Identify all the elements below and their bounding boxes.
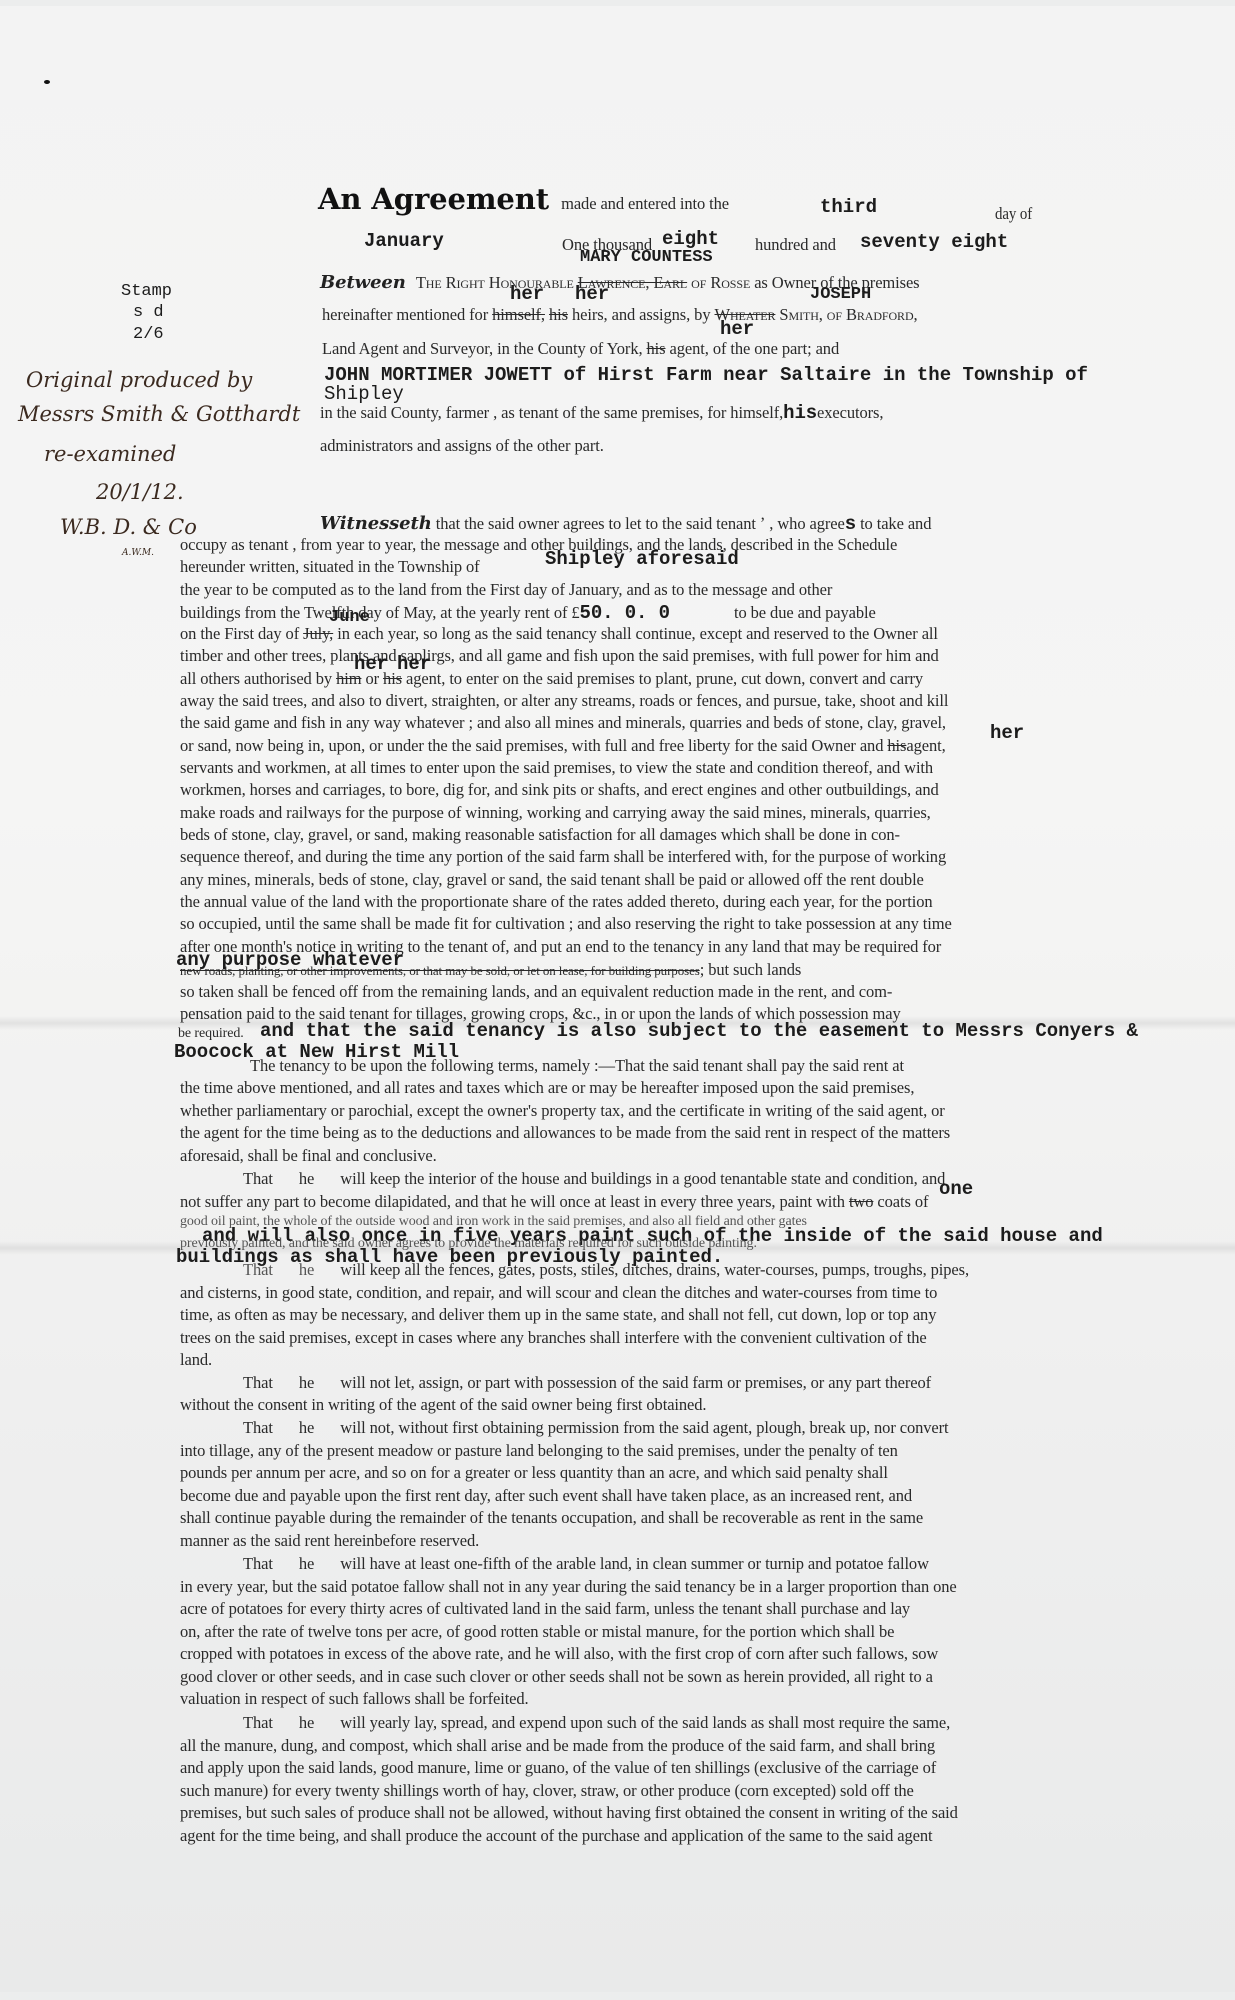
text-segment: or sand, now being in, upon, or under th… [180, 736, 883, 755]
witnesseth-body-line: hereunder written, situated in the Towns… [180, 557, 480, 577]
stamp-label: Stamp [121, 282, 172, 301]
text-segment: will keep the interior of the house and … [340, 1169, 945, 1188]
text-segment: will not, without first obtaining permis… [340, 1418, 948, 1437]
his-insert: his [783, 402, 817, 424]
month-insert: January [364, 230, 444, 252]
text-segment: to be due and payable [734, 603, 876, 622]
witnesseth-body-line: workmen, horses and carriages, to bore, … [180, 780, 939, 800]
text-segment: to take and [860, 514, 931, 533]
struck-month: July, [303, 624, 333, 643]
her-insert-3: her [720, 318, 754, 340]
witnesseth-body-line: occupy as tenant , from year to year, th… [180, 535, 897, 555]
year-insert: seventy eight [860, 231, 1008, 253]
margin-note-line3: re-examined [44, 442, 176, 466]
text-segment: hereinafter mentioned for [322, 305, 488, 324]
term-clause-3: That he will keep all the fences, gates,… [243, 1260, 969, 1280]
owner-name-insert: MARY COUNTESS [580, 248, 713, 267]
text-segment: agent, of the one part; and [670, 339, 840, 358]
terms-line: trees on the said premises, except in ca… [180, 1328, 927, 1348]
struck-his: his [647, 339, 666, 358]
terms-line: good clover or other seeds, and in case … [180, 1667, 933, 1687]
land-agent-line: Land Agent and Surveyor, in the County o… [322, 339, 839, 359]
owner-title: The Right Honourable [416, 273, 574, 292]
struck-two: two [849, 1192, 873, 1211]
terms-line: in every year, but the said potatoe fall… [180, 1577, 957, 1597]
witnesseth-body-line: new roads, planting, or other improvemen… [180, 960, 801, 980]
century-insert: eight [662, 228, 719, 250]
stamp-value: 2/6 [133, 325, 164, 344]
text-segment: agent, to enter on the said premises to … [406, 669, 923, 688]
that-label: That [243, 1554, 273, 1573]
witnesseth-body-line: or sand, now being in, upon, or under th… [180, 736, 946, 756]
terms-line: shall continue payable during the remain… [180, 1508, 923, 1528]
text-segment: in each year, so long as the said tenanc… [337, 624, 938, 643]
agreement-heading-line: An Agreement made and entered into the [318, 182, 729, 216]
he-label: he [299, 1260, 314, 1279]
agent-first-name-insert: JOSEPH [810, 285, 871, 304]
terms-line: acre of potatoes for every thirty acres … [180, 1599, 910, 1619]
witnesseth-body-line: the said game and fish in any way whatev… [180, 713, 946, 733]
ink-speck [44, 80, 50, 84]
that-label: That [243, 1260, 273, 1279]
text-segment: ; but such lands [700, 960, 802, 979]
witnesseth-body-line: beds of stone, clay, gravel, or sand, ma… [180, 825, 900, 845]
witnesseth-body-line: the annual value of the land with the pr… [180, 892, 933, 912]
tenant-line-end: administrators and assigns of the other … [320, 436, 604, 456]
struck-him: him [336, 669, 361, 688]
terms-intro: The tenancy to be upon the following ter… [250, 1056, 904, 1076]
terms-line: premises, but such sales of produce shal… [180, 1803, 958, 1823]
he-label: he [299, 1169, 314, 1188]
that-label: That [243, 1418, 273, 1437]
term-clause-6: That he will have at least one-fifth of … [243, 1554, 929, 1574]
struck-his: his [549, 305, 568, 324]
terms-line: valuation in respect of such fallows sha… [180, 1689, 529, 1709]
text-segment: buildings from the Twelfth day of May, a… [180, 603, 580, 622]
witnesseth-body-line: servants and workmen, at all times to en… [180, 758, 933, 778]
terms-line: cropped with potatoes in excess of the a… [180, 1644, 938, 1664]
terms-line: manner as the said rent hereinbefore res… [180, 1531, 479, 1551]
text-segment: Land Agent and Surveyor, in the County o… [322, 339, 643, 358]
terms-line: and apply upon the said lands, good manu… [180, 1758, 936, 1778]
made-text: made and entered into the [561, 194, 729, 213]
agrees-s-insert: s [845, 513, 856, 535]
witnesseth-label: Witnesseth [320, 513, 432, 534]
struck-his: his [887, 736, 906, 755]
terms-line: without the consent in writing of the ag… [180, 1395, 706, 1415]
easement-insert-1: and that the said tenancy is also subjec… [260, 1020, 1138, 1042]
he-label: he [299, 1713, 314, 1732]
witnesseth-body-line: the year to be computed as to the land f… [180, 580, 832, 600]
terms-line: whether parliamentary or parochial, exce… [180, 1101, 945, 1121]
text-segment: not suffer any part to become dilapidate… [180, 1192, 845, 1211]
term-clause-4: That he will not let, assign, or part wi… [243, 1373, 931, 1393]
witnesseth-body-line: make roads and railways for the purpose … [180, 803, 931, 823]
that-label: That [243, 1373, 273, 1392]
terms-line: land. [180, 1350, 212, 1370]
witnesseth-body-line: be required. [178, 1026, 244, 1042]
her-insert-2: her [575, 283, 609, 305]
text-segment: or [365, 669, 379, 688]
struck-building-purposes: new roads, planting, or other improvemen… [180, 963, 700, 978]
hereinafter-line: hereinafter mentioned for himself, his h… [322, 305, 918, 325]
witnesseth-body-line: all others authorised by him or his agen… [180, 669, 923, 689]
that-label: That [243, 1169, 273, 1188]
terms-line: the time above mentioned, and all rates … [180, 1078, 914, 1098]
owner-of-rosse: of Rosse [691, 273, 750, 292]
witnesseth-body-line: sequence thereof, and during the time an… [180, 847, 946, 867]
text-segment: will keep all the fences, gates, posts, … [340, 1260, 969, 1279]
text-segment: on the First day of [180, 624, 299, 643]
tenant-line: in the said County, farmer , as tenant o… [320, 402, 883, 424]
margin-note-line2: Messrs Smith & Gotthardt [18, 402, 300, 426]
witnesseth-body-line: buildings from the Twelfth day of May, a… [180, 602, 876, 624]
term-clause-5: That he will not, without first obtainin… [243, 1418, 949, 1438]
struck-himself: himself, [492, 305, 545, 324]
margin-note-initials: W.B. D. & Co [60, 515, 197, 539]
terms-line: on, after the rate of twelve tons per ac… [180, 1622, 894, 1642]
day-of-text: day of [995, 204, 1032, 224]
margin-note-small-initials: A.W.M. [122, 548, 154, 558]
terms-line: become due and payable upon the first re… [180, 1486, 912, 1506]
coats-one-insert: one [939, 1178, 973, 1200]
her-insert-1: her [510, 283, 544, 305]
witnesseth-line: Witnesseth that the said owner agrees to… [320, 513, 931, 535]
between-label: Between [320, 272, 406, 293]
text-segment: agent, [906, 736, 945, 755]
text-segment: that the said owner agrees to let to the… [436, 514, 845, 533]
terms-line: into tillage, any of the present meadow … [180, 1441, 898, 1461]
agreement-title: An Agreement [318, 182, 549, 216]
terms-line: pounds per annum per acre, and so on for… [180, 1463, 888, 1483]
terms-line: time, as often as may be necessary, and … [180, 1305, 936, 1325]
terms-line: all the manure, dung, and compost, which… [180, 1736, 935, 1756]
struck-his: his [383, 669, 402, 688]
witnesseth-body-line: timber and other trees, plants and sapli… [180, 646, 939, 666]
terms-line: not suffer any part to become dilapidate… [180, 1192, 928, 1212]
he-label: he [299, 1373, 314, 1392]
witnesseth-body-line: so occupied, until the same shall be mad… [180, 914, 952, 934]
township-insert: Shipley aforesaid [545, 548, 739, 570]
rent-insert: 50. 0. 0 [580, 602, 670, 624]
text-segment: all others authorised by [180, 669, 332, 688]
hundred-and-text: hundred and [755, 235, 836, 255]
witnesseth-body-line: any mines, minerals, beds of stone, clay… [180, 870, 924, 890]
witnesseth-body-line: away the said trees, and also to divert,… [180, 691, 948, 711]
term-clause-2: That he will keep the interior of the ho… [243, 1169, 945, 1189]
terms-line: agent for the time being, and shall prod… [180, 1826, 933, 1846]
term-clause-7: That he will yearly lay, spread, and exp… [243, 1713, 950, 1733]
text-segment: Smith, of Bradford, [779, 305, 917, 324]
terms-line: and cisterns, in good state, condition, … [180, 1283, 937, 1303]
witnesseth-body-line: so taken shall be fenced off from the re… [180, 982, 892, 1002]
text-segment: coats of [877, 1192, 928, 1211]
he-label: he [299, 1418, 314, 1437]
margin-note-line1: Original produced by [26, 368, 252, 392]
stamp-units: s d [133, 303, 164, 322]
he-label: he [299, 1554, 314, 1573]
tenant-name-insert: JOHN MORTIMER JOWETT of Hirst Farm near … [324, 364, 1088, 386]
terms-line: such manure) for every twenty shillings … [180, 1781, 914, 1801]
day-insert: third [820, 196, 877, 218]
witnesseth-body-line: on the First day of July, in each year, … [180, 624, 938, 644]
that-label: That [243, 1713, 273, 1732]
owner-agent-her-insert: her [990, 722, 1024, 744]
margin-note-date: 20/1/12. [96, 480, 184, 504]
text-segment: in the said County, farmer , as tenant o… [320, 403, 783, 422]
terms-line: the agent for the time being as to the d… [180, 1123, 950, 1143]
text-segment: heirs, and assigns, by [572, 305, 711, 324]
text-segment: will not let, assign, or part with posse… [340, 1373, 931, 1392]
text-segment: will yearly lay, spread, and expend upon… [340, 1713, 950, 1732]
terms-line: aforesaid, shall be final and conclusive… [180, 1146, 437, 1166]
text-segment: executors, [817, 403, 883, 422]
text-segment: will have at least one-fifth of the arab… [340, 1554, 929, 1573]
